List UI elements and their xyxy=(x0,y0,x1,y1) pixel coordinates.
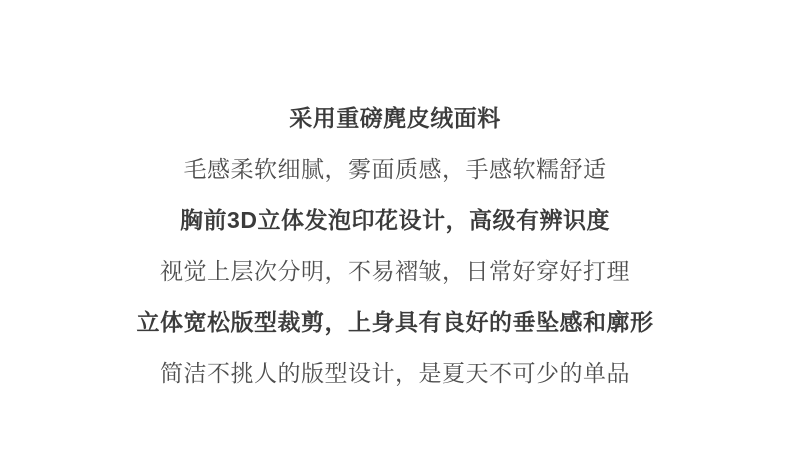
description-line-print-detail: 视觉上层次分明，不易褶皱，日常好穿好打理 xyxy=(0,246,790,297)
description-line-print-headline: 胸前3D立体发泡印花设计，高级有辨识度 xyxy=(0,195,790,246)
product-description: 采用重磅麂皮绒面料 毛感柔软细腻，雾面质感，手感软糯舒适 胸前3D立体发泡印花设… xyxy=(0,0,790,456)
description-line-fabric-headline: 采用重磅麂皮绒面料 xyxy=(0,93,790,144)
description-line-fabric-detail: 毛感柔软细腻，雾面质感，手感软糯舒适 xyxy=(0,144,790,195)
description-line-cut-detail: 简洁不挑人的版型设计，是夏天不可少的单品 xyxy=(0,348,790,399)
description-line-cut-headline: 立体宽松版型裁剪，上身具有良好的垂坠感和廓形 xyxy=(0,297,790,348)
